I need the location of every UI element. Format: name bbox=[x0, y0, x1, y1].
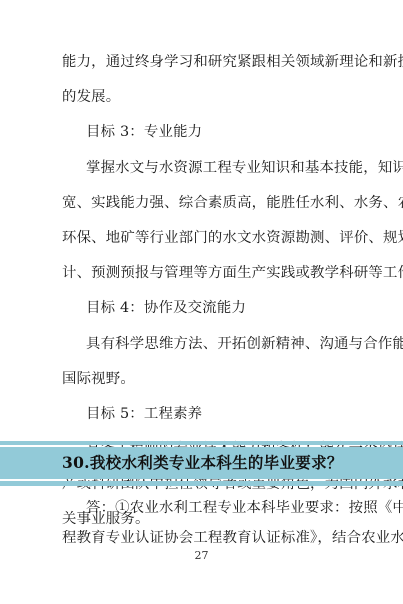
text-line: 的发展。 bbox=[62, 80, 362, 115]
banner-main-band: 30.我校水利类专业本科生的毕业要求？ bbox=[0, 447, 403, 479]
text-line: 具有科学思维方法、开拓创新精神、沟通与合作能力和 bbox=[62, 327, 362, 362]
document-page: 能力，通过终身学习和研究紧跟相关领域新理论和新技术 的发展。 目标 3：专业能力… bbox=[0, 0, 403, 604]
text-line: 计、预测预报与管理等方面生产实践或教学科研等工作。 bbox=[62, 256, 362, 291]
goal-5-subheading: 目标 5：工程素养 bbox=[62, 397, 362, 432]
text-line: 掌握水文与水资源工程专业知识和基本技能，知识面 bbox=[62, 151, 362, 186]
banner-top-rule bbox=[0, 441, 403, 445]
section-heading-banner: 30.我校水利类专业本科生的毕业要求？ bbox=[0, 441, 403, 486]
answer-line: 答：①农业水利工程专业本科毕业要求：按照《中国工 bbox=[62, 493, 362, 523]
page-number: 27 bbox=[0, 549, 403, 562]
text-line: 能力，通过终身学习和研究紧跟相关领域新理论和新技术 bbox=[62, 45, 362, 80]
goal-3-subheading: 目标 3：专业能力 bbox=[62, 115, 362, 150]
answer-text: 答：①农业水利工程专业本科毕业要求：按照《中国工 程教育专业认证协会工程教育认证… bbox=[62, 493, 362, 553]
text-line: 环保、地矿等行业部门的水文水资源勘测、评价、规划设 bbox=[62, 221, 362, 256]
section-title: 30.我校水利类专业本科生的毕业要求？ bbox=[62, 447, 343, 479]
banner-bottom-rule bbox=[0, 481, 403, 486]
text-line: 宽、实践能力强、综合素质高，能胜任水利、水务、农林、 bbox=[62, 186, 362, 221]
goal-4-subheading: 目标 4：协作及交流能力 bbox=[62, 291, 362, 326]
text-line: 国际视野。 bbox=[62, 362, 362, 397]
